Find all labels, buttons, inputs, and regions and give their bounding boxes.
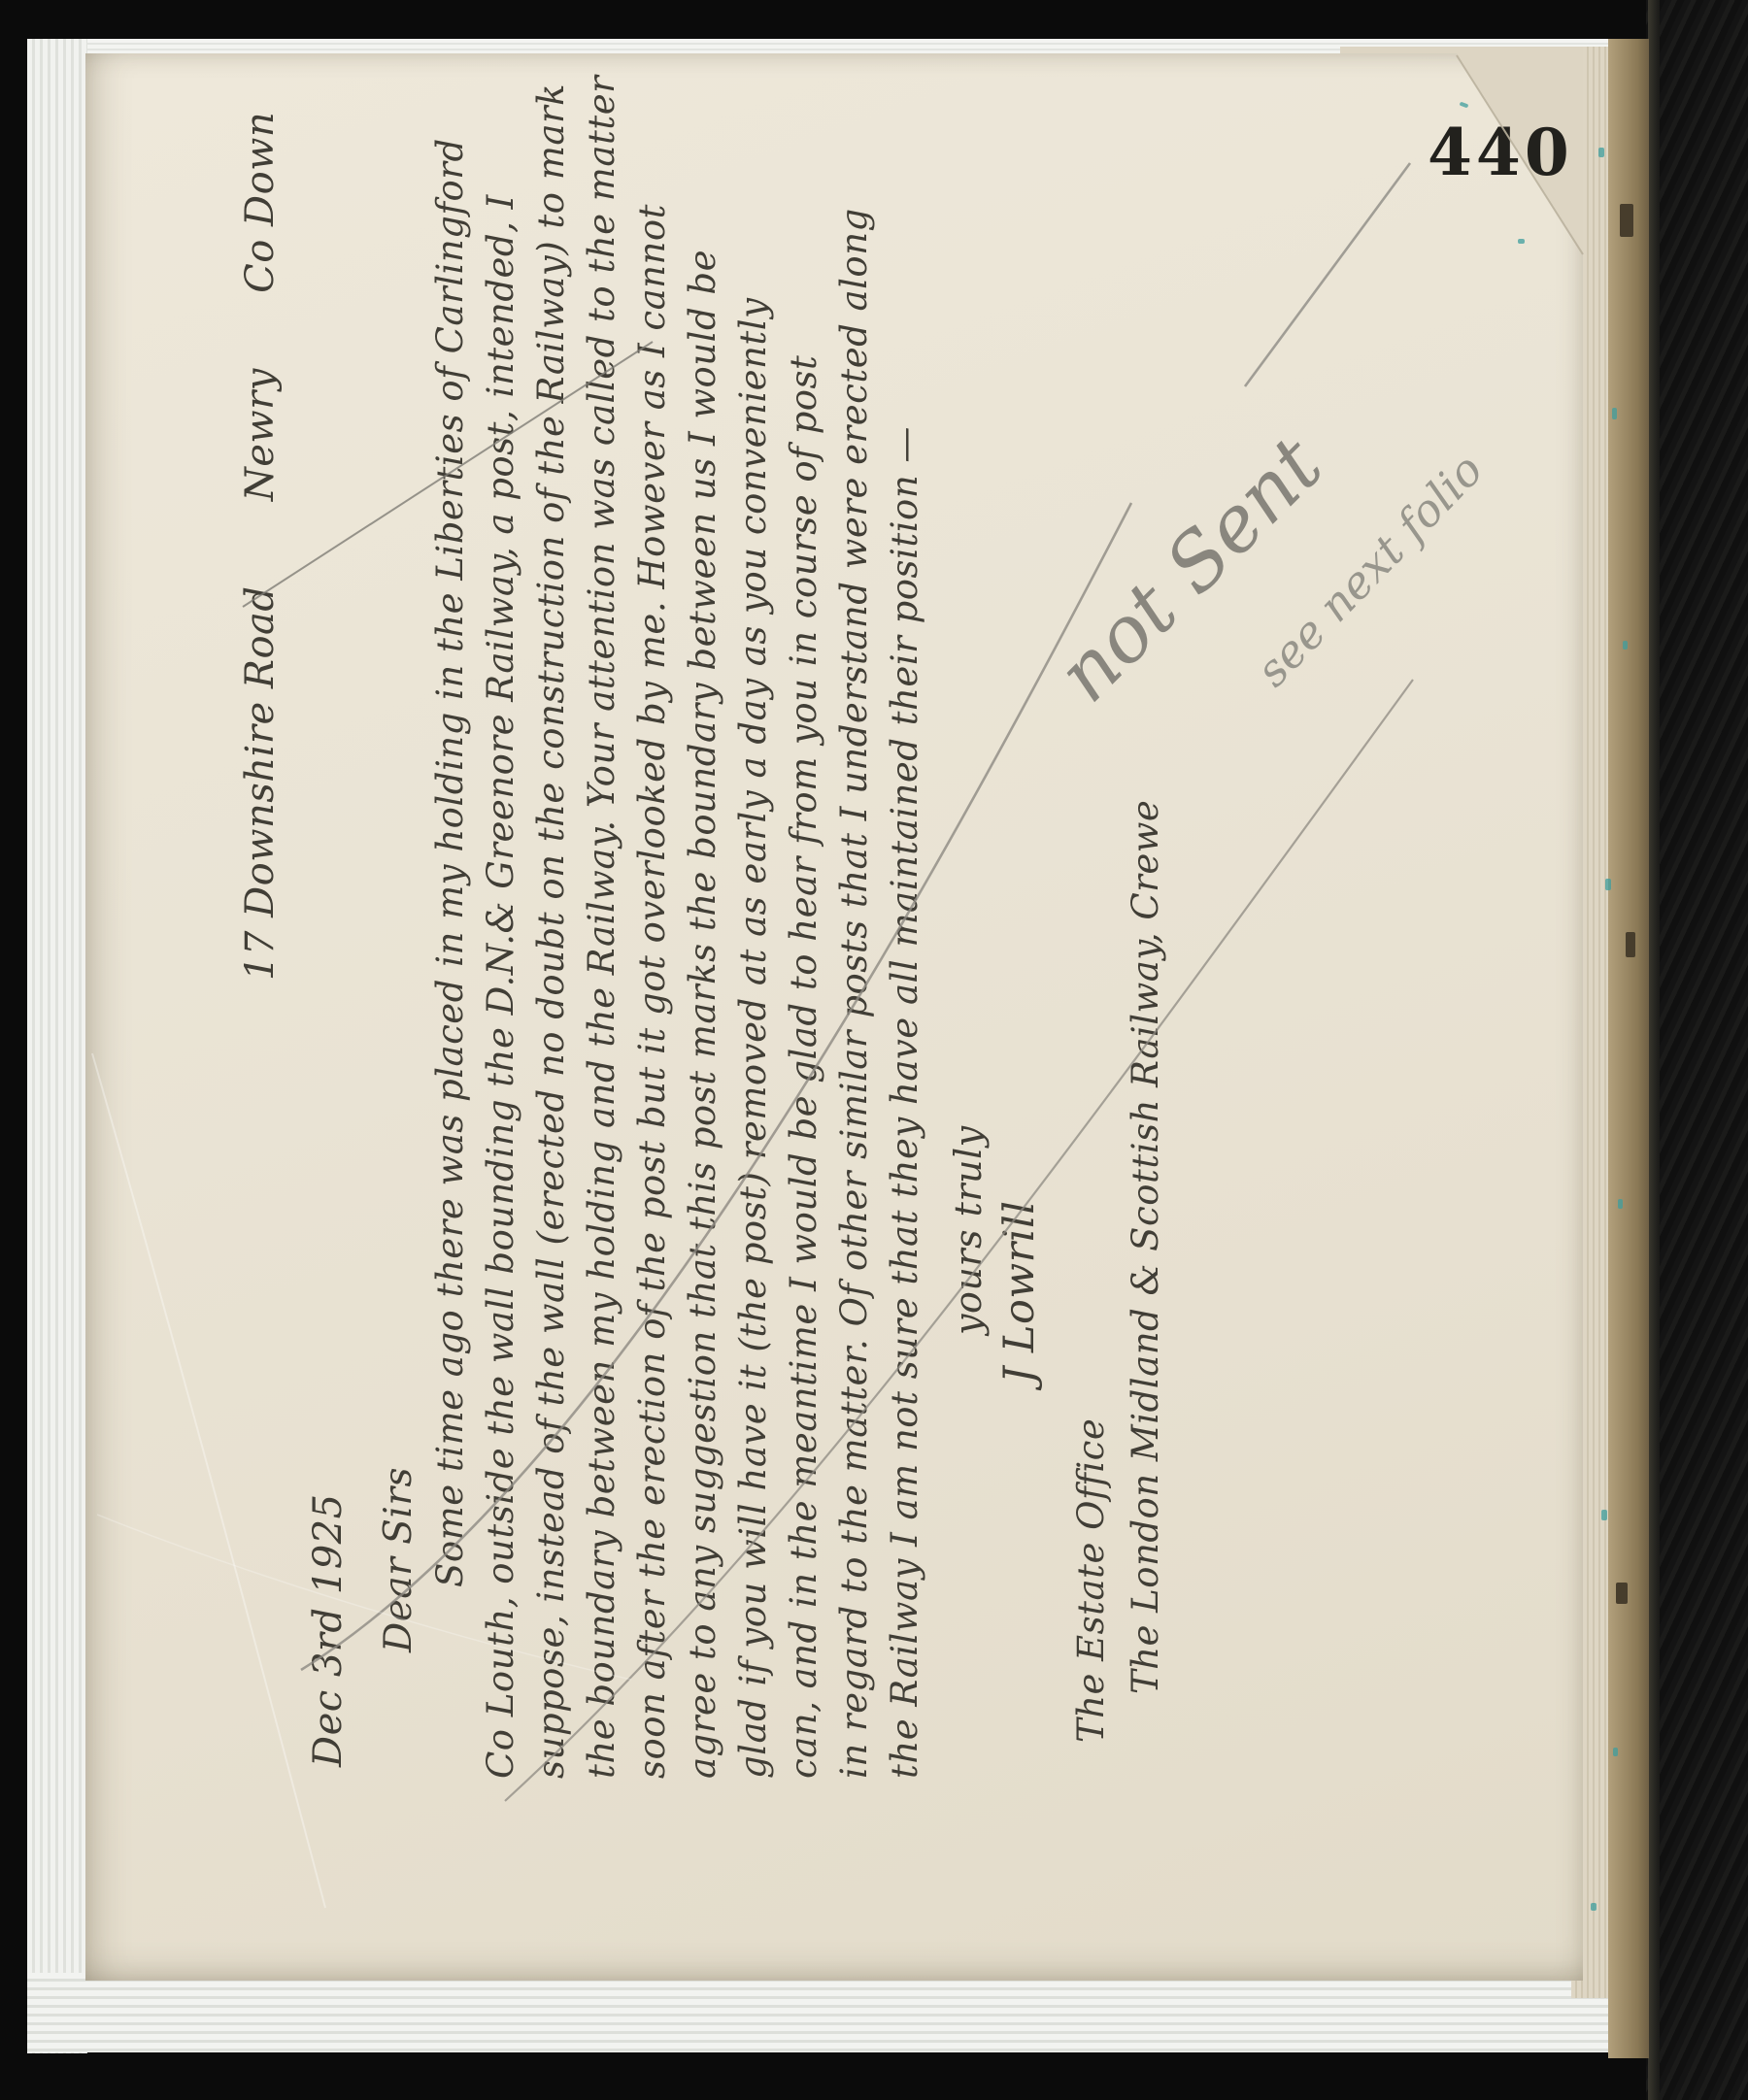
addressee-line: The Estate Office xyxy=(1070,1418,1112,1743)
body-line: Some time ago there was placed in my hol… xyxy=(429,138,471,1587)
body-line: suppose, instead of the wall (erected no… xyxy=(530,83,572,1779)
blue-edge-speck xyxy=(1613,1748,1618,1756)
heading-county: Co Down xyxy=(238,112,283,293)
handwritten-letter: 17 Downshire Road Newry Co Down Dec 3rd … xyxy=(223,223,1272,1796)
addressee-line: The London Midland & Scottish Railway, C… xyxy=(1125,800,1166,1694)
letter-heading: 17 Downshire Road Newry Co Down xyxy=(238,112,283,981)
closing: yours truly xyxy=(947,1125,990,1335)
body-line: can, and in the meantime I would be glad… xyxy=(783,355,824,1779)
body-line: the boundary between my holding and the … xyxy=(581,76,622,1779)
book-cover xyxy=(1646,0,1748,2100)
body-line: soon after the erection of the post but … xyxy=(631,204,673,1779)
blue-edge-speck xyxy=(1612,408,1617,419)
page-stack-bottom-edge xyxy=(27,1973,1620,2052)
page-number: 440 xyxy=(1428,115,1583,190)
signature: J Lowrill xyxy=(995,1201,1044,1383)
binding-mark xyxy=(1620,204,1633,237)
binding-mark xyxy=(1616,1583,1628,1604)
book-cover-edge xyxy=(1648,0,1660,2100)
blue-edge-speck xyxy=(1601,1510,1607,1520)
heading-address: 17 Downshire Road xyxy=(238,585,283,981)
scanned-letter-book-page: 17 Downshire Road Newry Co Down Dec 3rd … xyxy=(0,0,1748,2100)
body-line: glad if you will have it (the post) remo… xyxy=(732,298,774,1780)
blue-edge-speck xyxy=(1518,239,1525,244)
blue-edge-speck xyxy=(1618,1199,1623,1209)
page-stack-left-edge xyxy=(27,39,87,2053)
body-line: agree to any suggestion that this post m… xyxy=(682,250,723,1779)
binding-mark xyxy=(1626,932,1635,957)
blue-edge-speck xyxy=(1605,879,1611,890)
body-line: Co Louth, outside the wall bounding the … xyxy=(480,194,521,1779)
blue-edge-speck xyxy=(1598,148,1604,157)
letter-date: Dec 3rd 1925 xyxy=(306,1493,351,1767)
blue-edge-speck xyxy=(1623,641,1628,650)
body-line: in regard to the matter. Of other simila… xyxy=(833,208,875,1779)
salutation: Dear Sirs xyxy=(377,1467,420,1652)
heading-town: Newry xyxy=(238,368,283,501)
blue-edge-speck xyxy=(1591,1903,1597,1911)
body-line: the Railway I am not sure that they have… xyxy=(884,426,925,1779)
